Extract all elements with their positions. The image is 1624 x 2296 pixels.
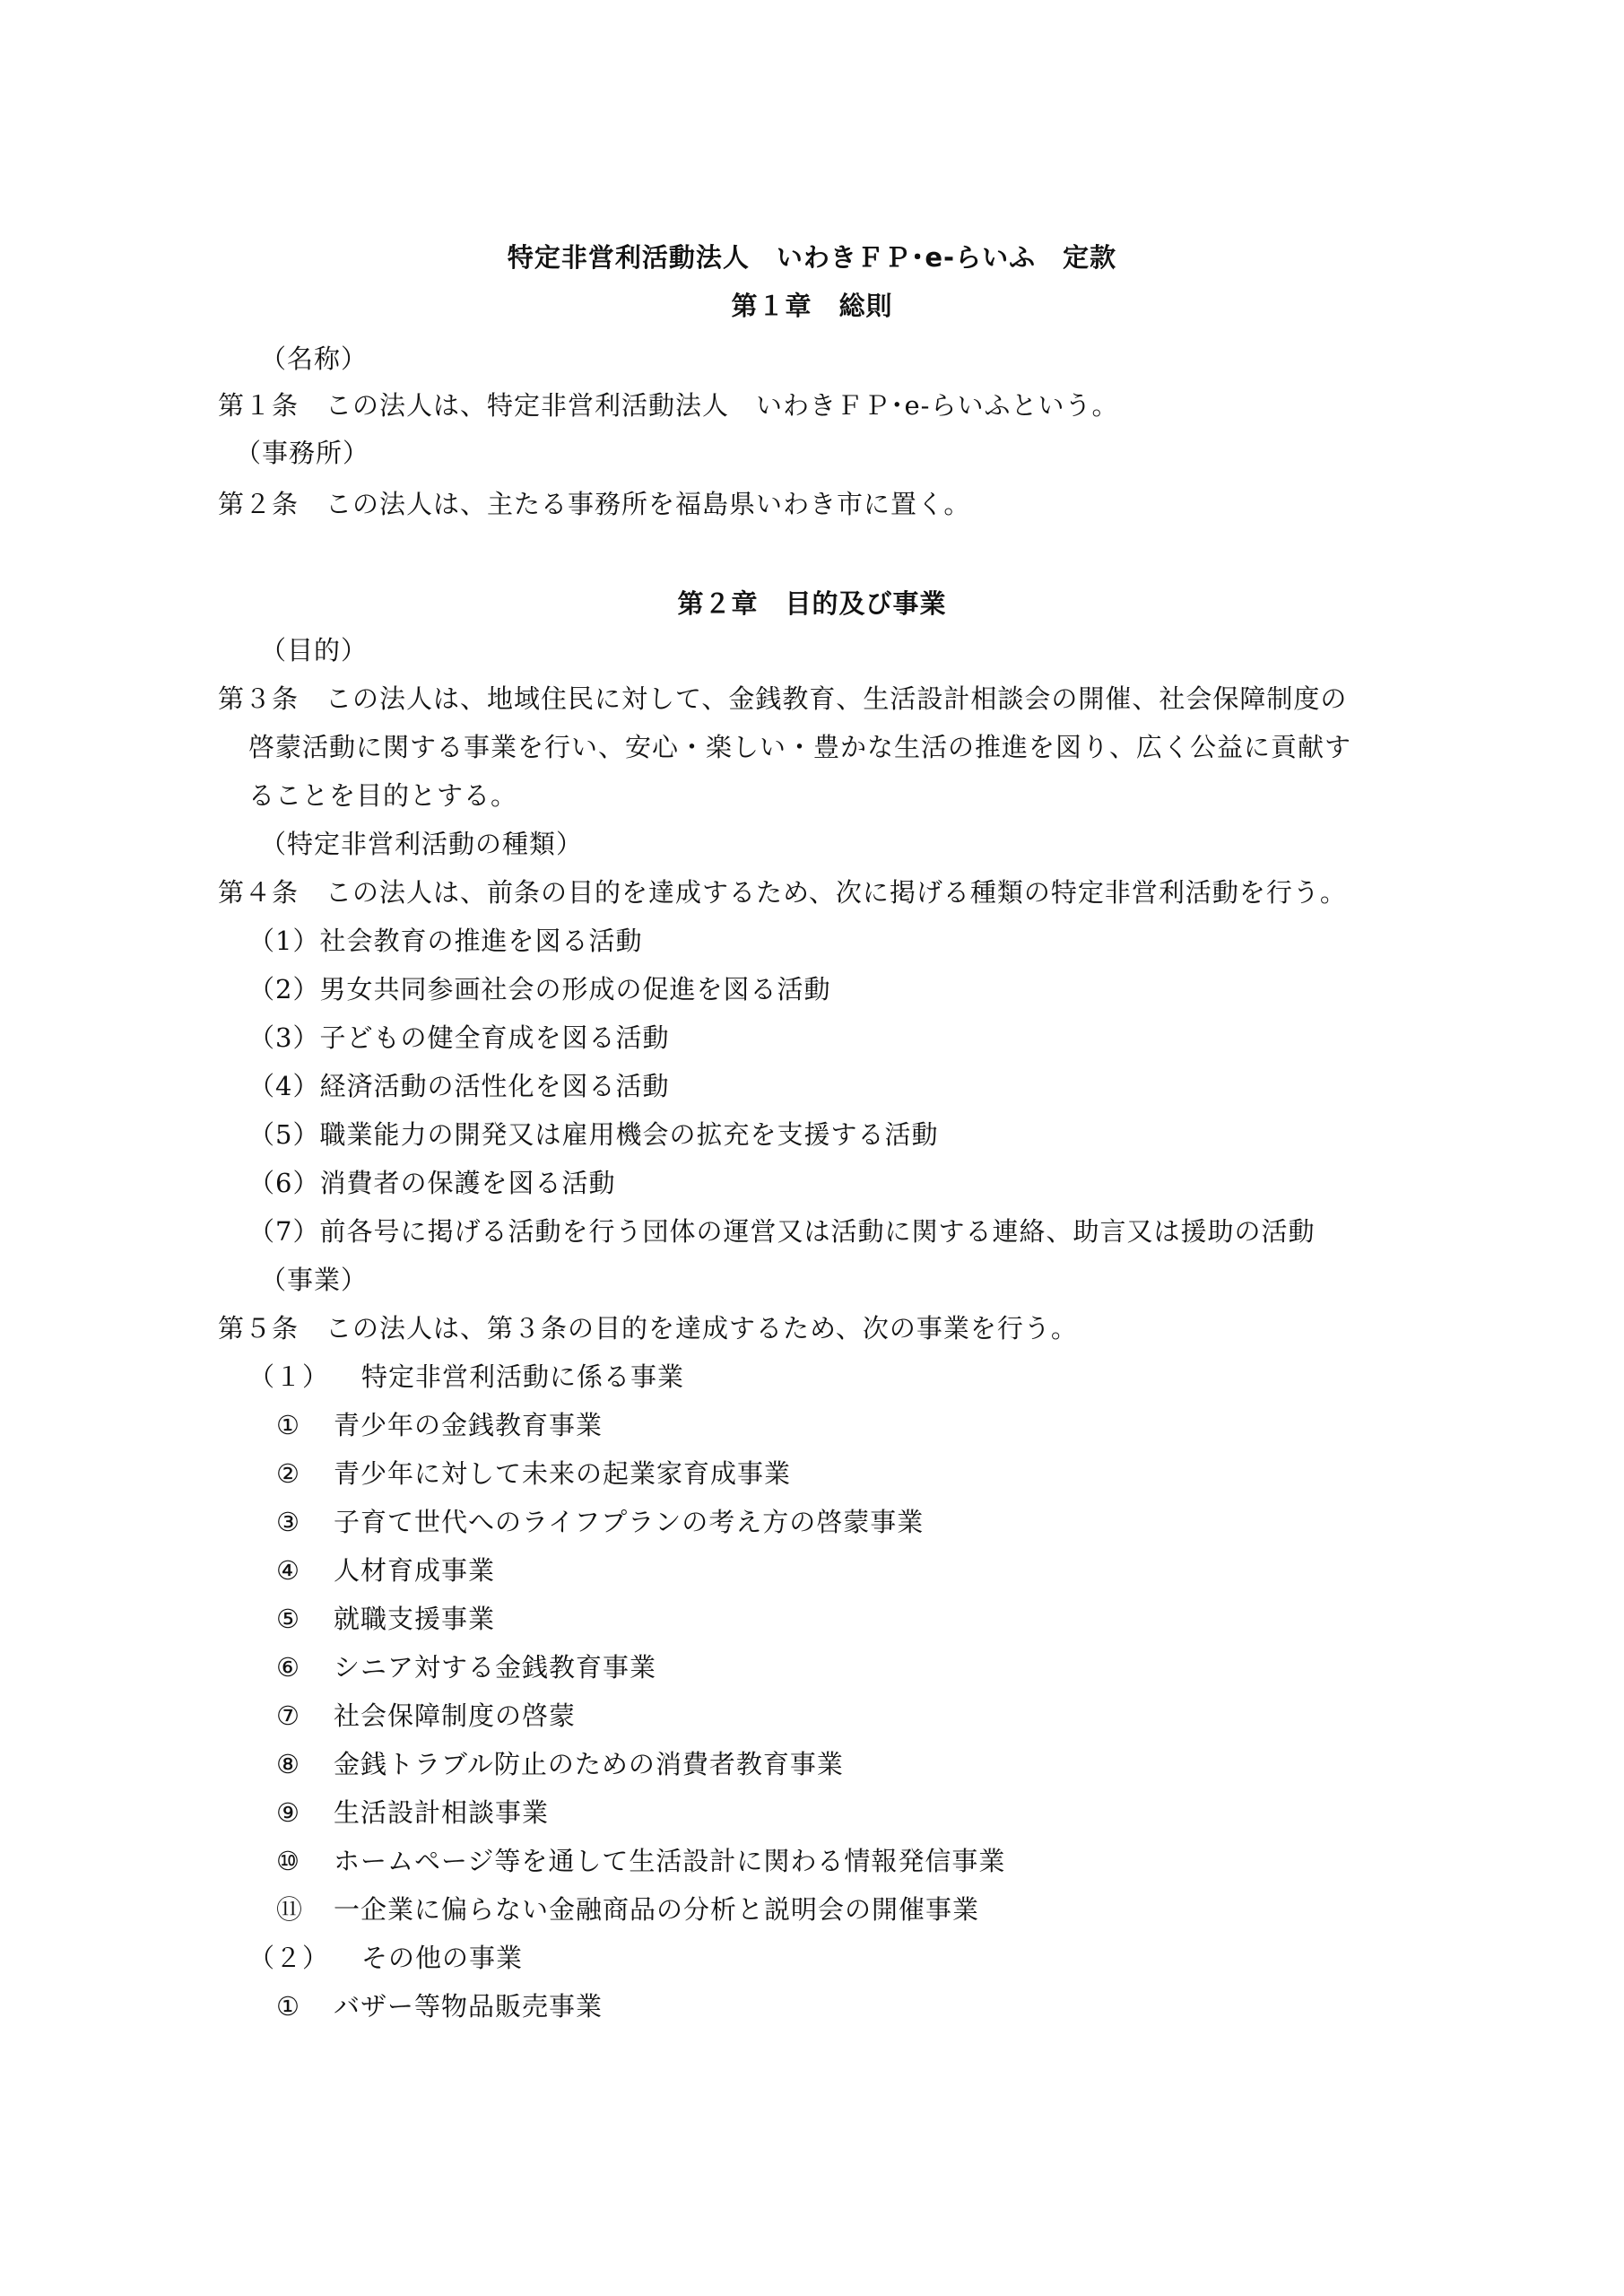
article-5-number: 第５条 — [218, 1310, 299, 1346]
list-item-text: 男女共同参画社会の形成の促進を図る活動 — [319, 974, 830, 1004]
sub-item: ⑥シニア対する金銭教育事業 — [276, 1649, 656, 1685]
sub-item-number: ① — [276, 1407, 334, 1443]
list-item: （6）消費者の保護を図る活動 — [248, 1165, 615, 1201]
sub-item: ③子育て世代へのライフプランの考え方の啓蒙事業 — [276, 1504, 924, 1540]
document-page: 特定非営利活動法人 いわきＦＰ･e-らいふ 定款 第１章 総則 （名称） 第１条… — [0, 0, 1624, 2296]
sub-item: ⑪一企業に偏らない金融商品の分析と説明会の開催事業 — [276, 1892, 979, 1927]
sub-item: ①青少年の金銭教育事業 — [276, 1407, 603, 1443]
article-5: 第５条この法人は、第３条の目的を達成するため、次の事業を行う。 — [218, 1310, 1078, 1346]
article-4-number: 第４条 — [218, 874, 299, 910]
list-item-text: 職業能力の開発又は雇用機会の拡充を支援する活動 — [319, 1119, 938, 1150]
list-item: （2）男女共同参画社会の形成の促進を図る活動 — [248, 971, 830, 1007]
article-5-caption: （事業） — [260, 1262, 368, 1298]
sub-item-number: ① — [276, 1988, 334, 2024]
list-item-number: （6） — [248, 1168, 319, 1198]
sub-item: ④人材育成事業 — [276, 1552, 495, 1588]
document-title: 特定非営利活動法人 いわきＦＰ･e-らいふ 定款 — [0, 239, 1624, 275]
list-item-number: （4） — [248, 1071, 319, 1101]
sub-item-text: 就職支援事業 — [334, 1604, 495, 1634]
sub-item: ⑤就職支援事業 — [276, 1601, 495, 1637]
sub-item-text: 青少年に対して未来の起業家育成事業 — [334, 1458, 791, 1489]
sub-item-text: 生活設計相談事業 — [334, 1797, 549, 1828]
chapter-2-heading: 第２章 目的及び事業 — [0, 586, 1624, 622]
sub-item-number: ⑤ — [276, 1601, 334, 1637]
sub-item-text: シニア対する金銭教育事業 — [334, 1652, 656, 1683]
list-item-text: 消費者の保護を図る活動 — [319, 1168, 615, 1198]
sub-item: ②青少年に対して未来の起業家育成事業 — [276, 1456, 791, 1492]
article-4-text: この法人は、前条の目的を達成するため、次に掲げる種類の特定非営利活動を行う。 — [326, 877, 1347, 908]
sub-item-number: ⑦ — [276, 1698, 334, 1734]
list-item: （4）経済活動の活性化を図る活動 — [248, 1068, 669, 1104]
sub-item: ①バザー等物品販売事業 — [276, 1988, 603, 2024]
article-3-number: 第３条 — [218, 681, 299, 717]
group-title: その他の事業 — [361, 1943, 523, 1973]
sub-item-text: 社会保障制度の啓蒙 — [334, 1700, 576, 1731]
sub-item: ⑩ホームページ等を通して生活設計に関わる情報発信事業 — [276, 1843, 1005, 1879]
sub-item-number: ⑥ — [276, 1649, 334, 1685]
sub-item-number: ④ — [276, 1552, 334, 1588]
list-item-text: 経済活動の活性化を図る活動 — [319, 1071, 669, 1101]
list-item: （1）社会教育の推進を図る活動 — [248, 923, 642, 959]
article-2-number: 第２条 — [218, 486, 299, 522]
sub-item: ⑦社会保障制度の啓蒙 — [276, 1698, 576, 1734]
article-2-text: この法人は、主たる事務所を福島県いわき市に置く。 — [326, 489, 970, 519]
article-2: 第２条この法人は、主たる事務所を福島県いわき市に置く。 — [218, 486, 970, 522]
article-4: 第４条この法人は、前条の目的を達成するため、次に掲げる種類の特定非営利活動を行う… — [218, 874, 1347, 910]
article-1-text: この法人は、特定非営利活動法人 いわきＦＰ･e-らいふという。 — [326, 390, 1118, 421]
sub-item-number: ⑩ — [276, 1843, 334, 1879]
sub-item-text: 青少年の金銭教育事業 — [334, 1410, 603, 1440]
list-item-number: （7） — [248, 1216, 319, 1247]
list-item-number: （2） — [248, 974, 319, 1004]
list-item: （3）子どもの健全育成を図る活動 — [248, 1020, 669, 1056]
sub-item-number: ③ — [276, 1504, 334, 1540]
list-item-number: （1） — [248, 926, 319, 956]
article-1-number: 第１条 — [218, 387, 299, 423]
sub-item-text: 人材育成事業 — [334, 1555, 495, 1586]
sub-item-text: 金銭トラブル防止のための消費者教育事業 — [334, 1749, 844, 1779]
group-heading: （２）その他の事業 — [248, 1940, 523, 1976]
article-3-line-2: 啓蒙活動に関する事業を行い、安心・楽しい・豊かな生活の推進を図り、広く公益に貢献… — [248, 729, 1351, 765]
article-1-caption: （名称） — [260, 341, 368, 377]
article-4-caption: （特定非営利活動の種類） — [260, 826, 583, 862]
article-5-text: この法人は、第３条の目的を達成するため、次の事業を行う。 — [326, 1313, 1078, 1344]
list-item-number: （5） — [248, 1119, 319, 1150]
list-item-text: 前各号に掲げる活動を行う団体の運営又は活動に関する連絡、助言又は援助の活動 — [319, 1216, 1315, 1247]
article-3-caption: （目的） — [260, 632, 368, 668]
sub-item-text: ホームページ等を通して生活設計に関わる情報発信事業 — [334, 1846, 1005, 1876]
sub-item-text: バザー等物品販売事業 — [334, 1991, 603, 2022]
article-2-caption: （事務所） — [235, 435, 369, 471]
list-item: （5）職業能力の開発又は雇用機会の拡充を支援する活動 — [248, 1117, 938, 1152]
list-item-number: （3） — [248, 1022, 319, 1053]
article-3-text-1: この法人は、地域住民に対して、金銭教育、生活設計相談会の開催、社会保障制度の — [326, 683, 1347, 714]
sub-item-number: ② — [276, 1456, 334, 1492]
article-3-line-1: 第３条この法人は、地域住民に対して、金銭教育、生活設計相談会の開催、社会保障制度… — [218, 681, 1347, 717]
list-item: （7）前各号に掲げる活動を行う団体の運営又は活動に関する連絡、助言又は援助の活動 — [248, 1213, 1315, 1249]
group-heading: （１）特定非営利活動に係る事業 — [248, 1359, 684, 1395]
group-number: （１） — [248, 1361, 329, 1392]
group-title: 特定非営利活動に係る事業 — [361, 1361, 684, 1392]
sub-item-number: ⑪ — [276, 1892, 334, 1927]
sub-item-text: 一企業に偏らない金融商品の分析と説明会の開催事業 — [334, 1894, 979, 1925]
sub-item-number: ⑧ — [276, 1746, 334, 1782]
sub-item: ⑨生活設計相談事業 — [276, 1795, 549, 1831]
list-item-text: 社会教育の推進を図る活動 — [319, 926, 642, 956]
article-3-line-3: ることを目的とする。 — [248, 778, 517, 813]
sub-item-number: ⑨ — [276, 1795, 334, 1831]
sub-item: ⑧金銭トラブル防止のための消費者教育事業 — [276, 1746, 844, 1782]
chapter-1-heading: 第１章 総則 — [0, 288, 1624, 324]
group-number: （２） — [248, 1943, 329, 1973]
sub-item-text: 子育て世代へのライフプランの考え方の啓蒙事業 — [334, 1507, 924, 1537]
article-1: 第１条この法人は、特定非営利活動法人 いわきＦＰ･e-らいふという。 — [218, 387, 1118, 423]
list-item-text: 子どもの健全育成を図る活動 — [319, 1022, 669, 1053]
